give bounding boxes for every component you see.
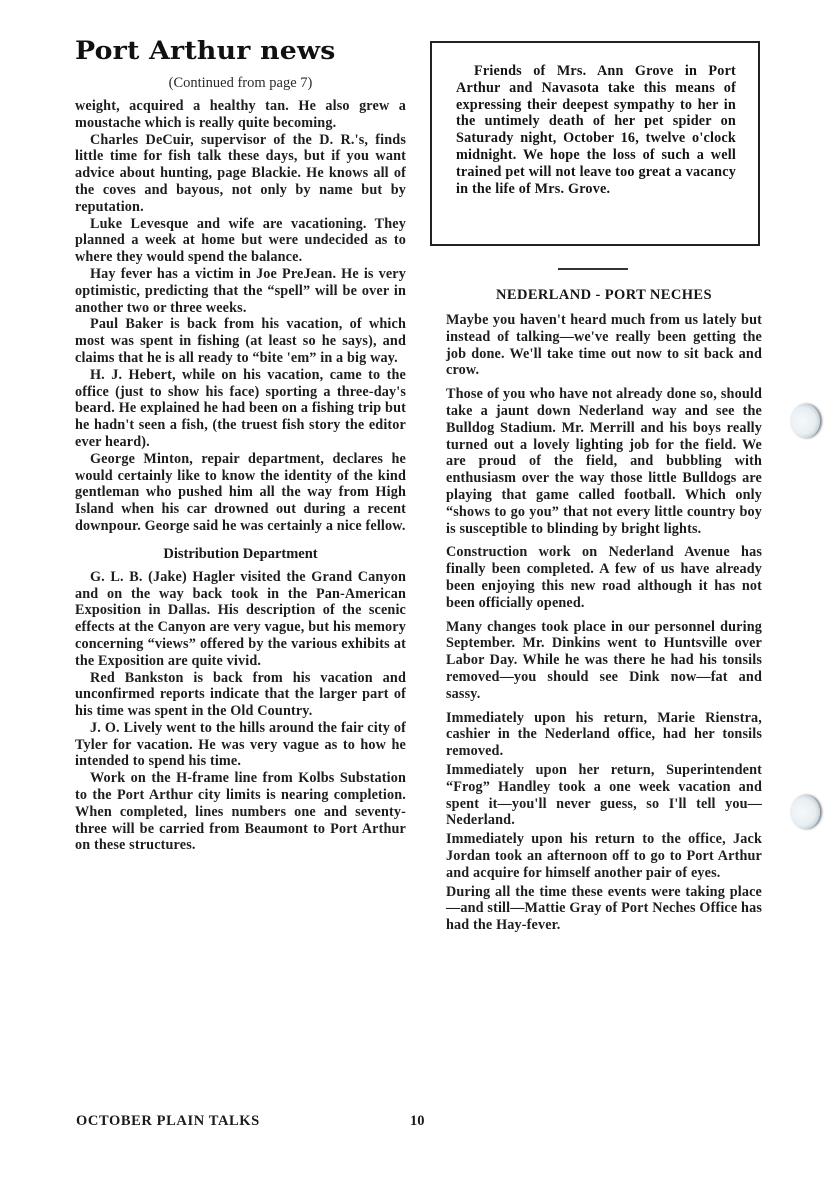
article-paragraph: Many changes took place in our personnel… [446, 619, 762, 703]
article-paragraph: Paul Baker is back from his vacation, of… [75, 316, 406, 366]
sympathy-notice-box: Friends of Mrs. Ann Grove in Port Arthur… [430, 41, 760, 246]
binder-hole-icon [790, 795, 820, 829]
article-paragraph: Maybe you haven't heard much from us lat… [446, 312, 762, 379]
section-subheading: Distribution Department [75, 545, 406, 563]
publication-footer: OCTOBER PLAIN TALKS [76, 1113, 260, 1130]
article-paragraph: Work on the H-frame line from Kolbs Subs… [75, 770, 406, 854]
article-paragraph: G. L. B. (Jake) Hagler visited the Grand… [75, 569, 406, 670]
article-paragraph: During all the time these events were ta… [446, 884, 762, 934]
article-paragraph: Immediately upon his return to the offic… [446, 831, 762, 881]
article-paragraph: Red Bankston is back from his vacation a… [75, 670, 406, 720]
article-paragraph: George Minton, repair department, declar… [75, 451, 406, 535]
article-paragraph: Hay fever has a victim in Joe PreJean. H… [75, 266, 406, 316]
right-column: NEDERLAND - PORT NECHES Maybe you haven'… [446, 285, 762, 941]
article-paragraph: Charles DeCuir, supervisor of the D. R.'… [75, 132, 406, 216]
article-paragraph: Immediately upon his return, Marie Riens… [446, 710, 762, 760]
article-paragraph: Immediately upon her return, Superintend… [446, 762, 762, 829]
magazine-page: Port Arthur news (Continued from page 7)… [0, 0, 840, 1200]
binder-hole-icon [790, 404, 820, 438]
article-paragraph: J. O. Lively went to the hills around th… [75, 720, 406, 770]
section-heading: NEDERLAND - PORT NECHES [446, 285, 762, 305]
article-paragraph: Those of you who have not already done s… [446, 386, 762, 537]
continued-note: (Continued from page 7) [75, 74, 406, 92]
left-column: Port Arthur news (Continued from page 7)… [75, 36, 406, 854]
article-paragraph: weight, acquired a healthy tan. He also … [75, 98, 406, 132]
section-divider [558, 268, 628, 270]
article-paragraph: Construction work on Nederland Avenue ha… [446, 544, 762, 611]
article-paragraph: Luke Levesque and wife are vacationing. … [75, 216, 406, 266]
article-paragraph: H. J. Hebert, while on his vacation, cam… [75, 367, 406, 451]
page-number: 10 [410, 1113, 425, 1130]
notice-text: Friends of Mrs. Ann Grove in Port Arthur… [456, 63, 736, 197]
page-title: Port Arthur news [75, 36, 429, 66]
